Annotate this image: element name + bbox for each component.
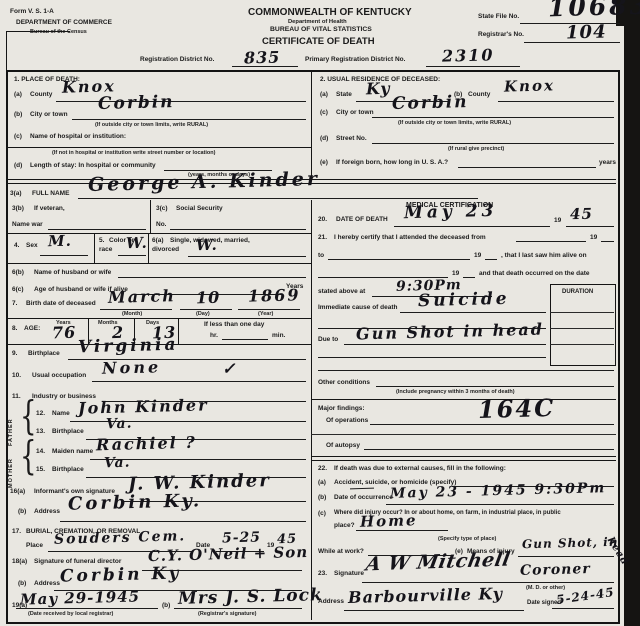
s22c-label: (c) — [318, 510, 326, 517]
duration-box — [550, 284, 616, 366]
writing-line — [318, 370, 614, 371]
md-or-other-note: (M. D. or other) — [526, 585, 565, 591]
date-received-note: (Date received by local registrar) — [28, 611, 113, 617]
mother-brace: { — [20, 438, 37, 477]
writing-line — [372, 117, 614, 118]
writing-line — [372, 143, 614, 144]
last-saw-text: , that I last saw him alive on — [501, 252, 587, 259]
section-rule — [6, 147, 311, 148]
s2a-label: (a) — [320, 91, 328, 98]
foreign-born-label: If foreign born, how long in U. S. A.? — [336, 159, 448, 166]
death-certificate-scan: { "hd": { "form_no": "Form V. S. 1-A", "… — [0, 0, 640, 626]
s16b-label: (b) — [18, 508, 26, 515]
age-label: AGE: — [24, 325, 40, 332]
row-rule — [6, 263, 311, 264]
res-county-value: Knox — [504, 76, 555, 95]
min-label: min. — [272, 332, 285, 339]
marital-label-2: divorced — [152, 246, 179, 253]
marital-value: W. — [196, 236, 218, 255]
writing-line — [518, 556, 614, 557]
writing-line — [92, 381, 306, 382]
s2c-label: (c) — [320, 109, 328, 116]
county-label: County — [30, 91, 52, 98]
coroner-address-value: Barbourville Ky — [348, 584, 503, 607]
writing-line — [174, 608, 302, 609]
s3b-label: 3(b) — [12, 205, 24, 212]
writing-line — [222, 339, 268, 340]
writing-line — [458, 167, 596, 168]
father-birthplace-value: Va. — [106, 416, 133, 433]
cell-divider — [94, 233, 95, 263]
writing-line — [552, 608, 614, 609]
writing-line — [100, 309, 172, 310]
father-birthplace-label: Birthplace — [52, 428, 84, 435]
duration-row-rule — [550, 328, 614, 329]
s21-number: 21. — [318, 234, 327, 241]
writing-line — [318, 357, 546, 358]
s6a-label: 6(a) — [152, 237, 164, 244]
writing-line — [566, 226, 614, 227]
dod-year-19: 19 — [554, 217, 561, 224]
writing-line — [118, 255, 146, 256]
sex-label: Sex — [26, 242, 38, 249]
of-autopsy-label: Of autopsy — [326, 442, 360, 449]
findings-code-value: 164C — [478, 393, 556, 424]
mother-name-value: Rachiel ? — [96, 433, 197, 455]
s17-number: 17. — [12, 528, 21, 535]
writing-line — [48, 229, 146, 230]
informant-address-value: Corbin Ky. — [68, 490, 203, 515]
place-label: place? — [334, 522, 355, 529]
s6b-label: 6(b) — [12, 269, 24, 276]
of-operations-label: Of operations — [326, 417, 368, 424]
ssn-no-label: No. — [156, 221, 166, 228]
s2e-label: (e) — [320, 159, 328, 166]
father-brace: { — [20, 398, 37, 437]
certify-text: I hereby certify that I attended the dec… — [334, 234, 486, 241]
s3c-label: 3(c) — [156, 205, 168, 212]
director-address-label: Address — [34, 580, 60, 587]
s18b-label: (b) — [18, 580, 26, 587]
less-than-day-label: If less than one day — [204, 321, 264, 328]
primary-district-line — [426, 66, 520, 67]
while-at-work-label: While at work? — [318, 548, 364, 555]
mother-side-label: MOTHER — [8, 448, 14, 488]
s14-number: 14. — [36, 448, 45, 455]
s23-number: 23. — [318, 570, 327, 577]
res-city-label: City or town — [336, 109, 374, 116]
s1b-label: (b) — [14, 111, 22, 118]
checkmark: ✓ — [222, 359, 237, 378]
director-address-value: Corbin Ky — [60, 563, 182, 586]
duration-row-rule — [550, 312, 614, 313]
certify-19a: 19 — [590, 234, 597, 241]
section-double-rule — [311, 456, 616, 461]
writing-line — [485, 259, 497, 260]
war-label: Name war — [12, 221, 43, 228]
writing-line — [16, 608, 158, 609]
writing-line — [356, 530, 448, 531]
res-county-label: County — [468, 91, 490, 98]
ssn-label: Social Security — [176, 205, 223, 212]
s2d-label: (d) — [320, 135, 328, 142]
registrar-no-label: Registrar's No. — [478, 31, 524, 38]
s4-number: 4. — [14, 242, 19, 249]
res-city-value: Corbin — [392, 92, 469, 114]
external-causes-title: If death was due to external causes, fil… — [334, 465, 506, 472]
street-no-label: Street No. — [336, 135, 367, 142]
certify-19c: 19 — [452, 270, 459, 277]
s9-number: 9. — [12, 350, 17, 357]
father-name-value: John Kinder — [78, 395, 209, 417]
immediate-cause-value: Suicide — [418, 289, 510, 311]
year-note: (Year) — [258, 311, 273, 317]
s3a-label: 3(a) — [10, 190, 22, 197]
dept-of-health: Department of Health — [288, 19, 347, 25]
father-side-label: FATHER — [8, 408, 14, 446]
date-of-death-label: DATE OF DEATH — [336, 216, 388, 223]
injury-place-value: Home — [360, 511, 418, 531]
s22-number: 22. — [318, 465, 327, 472]
s1a-label: (a) — [14, 91, 22, 98]
certificate-title: CERTIFICATE OF DEATH — [262, 36, 375, 47]
specify-place-note: (Specify type of place) — [438, 536, 496, 542]
writing-line — [188, 256, 306, 257]
birth-month-value: March — [108, 286, 176, 307]
coroner-title-value: Coroner — [520, 561, 591, 579]
age-years-value: 76 — [52, 323, 77, 343]
day-note: (Day) — [196, 311, 210, 317]
primary-district-label: Primary Registration District No. — [305, 56, 405, 63]
immediate-cause-label: Immediate cause of death — [318, 304, 397, 311]
hospital-label: Name of hospital or institution: — [30, 133, 126, 140]
husband-wife-label: Name of husband or wife — [34, 269, 111, 276]
certify-19b: 19 — [474, 252, 481, 259]
form-number: Form V. S. 1-A — [10, 8, 54, 15]
header-stub-rule — [6, 31, 70, 32]
bureau-vital-statistics: BUREAU OF VITAL STATISTICS — [270, 26, 372, 33]
informant-address-label: Address — [34, 508, 60, 515]
writing-line — [78, 198, 478, 199]
writing-line — [180, 309, 232, 310]
writing-line — [394, 226, 550, 227]
full-name-label: FULL NAME — [32, 190, 69, 197]
writing-line — [328, 259, 470, 260]
major-findings-label: Major findings: — [318, 405, 365, 412]
primary-district-value: 2310 — [442, 45, 495, 65]
rural-note: (If outside city or town limits, write R… — [95, 122, 208, 128]
commonwealth-title: COMMONWEALTH OF KENTUCKY — [248, 7, 412, 18]
row-rule — [6, 318, 311, 319]
writing-line — [344, 610, 524, 611]
s6c-label: 6(c) — [12, 286, 24, 293]
s12-number: 12. — [36, 410, 45, 417]
years-suffix: years — [599, 159, 616, 166]
mother-name-label: Maiden name — [52, 448, 93, 455]
s16a-label: 16(a) — [10, 488, 25, 495]
s1c-label: (c) — [14, 133, 22, 140]
hr-label: hr. — [210, 332, 218, 339]
city-value: Corbin — [98, 92, 175, 114]
sex-value: M. — [48, 232, 72, 251]
writing-line — [463, 277, 475, 278]
stated-above-label: stated above at — [318, 288, 365, 295]
s1d-label: (d) — [14, 162, 22, 169]
cell-divider — [150, 200, 151, 233]
s19b-label: (b) — [162, 602, 170, 609]
birthplace-label: Birthplace — [28, 350, 60, 357]
precinct-note: (If rural give precinct) — [448, 146, 504, 152]
coroner-address-label: Address — [318, 598, 344, 605]
writing-line — [498, 101, 614, 102]
birth-day-value: 10 — [196, 288, 221, 308]
header-stub-edge — [6, 31, 7, 70]
date-received-value: May 29-1945 — [20, 587, 141, 608]
writing-line — [40, 255, 88, 256]
writing-line — [60, 521, 306, 522]
means-of-injury-value: Gun Shot, in — [522, 535, 619, 552]
column-divider-top — [311, 70, 312, 180]
writing-line — [386, 504, 614, 505]
writing-line — [516, 241, 586, 242]
veteran-label: If veteran, — [34, 205, 65, 212]
s22b-label: (b) — [318, 494, 326, 501]
scan-edge-band — [624, 0, 640, 626]
date-of-death-value: May 23 — [404, 201, 498, 223]
s7-number: 7. — [12, 300, 17, 307]
registration-district-label: Registration District No. — [140, 56, 214, 63]
length-of-stay-label: Length of stay: In hospital or community — [30, 162, 156, 169]
occurrence-date-label: Date of occurrence — [334, 494, 393, 501]
due-to-label: Due to — [318, 336, 338, 343]
row-rule — [311, 399, 616, 400]
mother-birthplace-label: Birthplace — [52, 466, 84, 473]
res-state-value: Ky — [366, 79, 391, 99]
state-file-value: 10683 — [548, 0, 640, 22]
writing-line — [362, 582, 614, 583]
occupation-label: Usual occupation — [32, 372, 86, 379]
state-file-label: State File No. — [478, 13, 519, 20]
writing-line — [400, 312, 546, 313]
writing-line — [72, 119, 306, 120]
row-rule — [311, 434, 616, 435]
writing-line — [601, 241, 614, 242]
month-note: (Month) — [122, 311, 142, 317]
signature-label: Signature — [334, 570, 364, 577]
s22a-label: (a) — [318, 479, 326, 486]
registration-district-value: 835 — [244, 48, 281, 68]
duration-label: DURATION — [562, 289, 593, 295]
to-label: to — [318, 252, 324, 259]
writing-line — [238, 309, 300, 310]
s8-number: 8. — [12, 325, 17, 332]
city-label: City or town — [30, 111, 68, 118]
column-divider — [311, 200, 312, 620]
other-conditions-label: Other conditions — [318, 379, 370, 386]
writing-line — [370, 424, 614, 425]
writing-line — [344, 344, 546, 345]
father-name-label: Name — [52, 410, 70, 417]
dod-year-value: 45 — [570, 205, 593, 224]
registrar-signature-note: (Registrar's signature) — [198, 611, 256, 617]
burial-place-label: Place — [26, 542, 43, 549]
color-label-2: race — [99, 246, 112, 253]
dept-of-commerce: DEPARTMENT OF COMMERCE — [16, 19, 112, 26]
res-state-label: State — [336, 91, 352, 98]
writing-line — [170, 229, 306, 230]
writing-line — [376, 386, 614, 387]
writing-line — [56, 101, 306, 102]
occurred-text: and that death occurred on the date — [479, 270, 590, 277]
res-rural-note: (If outside city or town limits, write R… — [398, 120, 511, 126]
bureau-of-census: Bureau of the Census — [30, 29, 87, 35]
funeral-director-label: Signature of funeral director — [34, 558, 121, 565]
birth-date-label: Birth date of deceased — [26, 300, 96, 307]
birthplace-value: Virginia — [78, 335, 179, 358]
occupation-value: None — [102, 357, 162, 378]
s15-number: 15. — [36, 466, 45, 473]
s13-number: 13. — [36, 428, 45, 435]
cell-divider — [148, 233, 149, 263]
location-note: (If not in hospital or institution write… — [52, 150, 215, 156]
writing-line — [118, 277, 306, 278]
registrar-signature: Mrs J. S. Lock — [178, 585, 323, 609]
birth-year-value: 1869 — [248, 285, 301, 305]
s18a-label: 18(a) — [12, 558, 27, 565]
s10-number: 10. — [12, 372, 21, 379]
writing-line — [364, 449, 614, 450]
race-value: W. — [126, 234, 148, 253]
duration-row-rule — [550, 344, 614, 345]
s5-number: 5. — [99, 237, 104, 244]
registrar-no-value: 104 — [566, 21, 607, 43]
mother-birthplace-value: Va. — [104, 455, 131, 472]
s20-number: 20. — [318, 216, 327, 223]
